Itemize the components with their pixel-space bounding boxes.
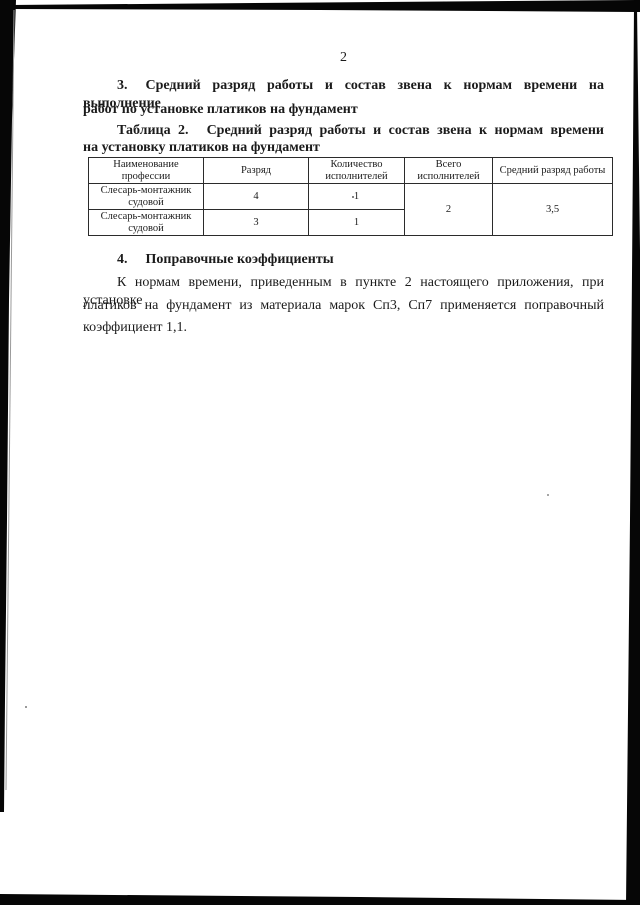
scan-border-right bbox=[626, 6, 640, 905]
header-total: Всего исполнителей bbox=[405, 158, 493, 184]
table-caption-line1: Таблица 2.Средний разряд работы и состав… bbox=[83, 122, 604, 140]
scan-speck bbox=[25, 706, 27, 708]
section3-heading-line2: работ по установке платиков на фундамент bbox=[83, 101, 604, 119]
paragraph-line3: коэффициент 1,1. bbox=[83, 319, 604, 337]
header-count: Количество исполнителей bbox=[309, 158, 405, 184]
cell-grade: 4 bbox=[204, 184, 309, 210]
scan-border-left bbox=[0, 0, 16, 812]
section4-heading: 4.Поправочные коэффициенты bbox=[83, 251, 604, 269]
header-profession: Наименование профессии bbox=[89, 158, 204, 184]
table-row: Слесарь-монтажник судовой 4 1 2 3,5 bbox=[89, 184, 613, 210]
table-caption-label: Таблица 2. bbox=[117, 123, 189, 138]
scan-border-bottom bbox=[0, 894, 640, 905]
header-grade: Разряд bbox=[204, 158, 309, 184]
cell-total-performers: 2 bbox=[405, 184, 493, 236]
cell-grade: 3 bbox=[204, 210, 309, 236]
scan-speck bbox=[547, 494, 549, 496]
cell-count: 1 bbox=[309, 184, 405, 210]
scan-border-top bbox=[10, 0, 640, 12]
page-number: 2 bbox=[83, 50, 604, 66]
norms-table: Наименование профессии Разряд Количество… bbox=[88, 157, 613, 236]
section4-title: Поправочные коэффициенты bbox=[146, 252, 334, 267]
header-profession-label: Наименование профессии bbox=[99, 159, 194, 182]
table-header-row: Наименование профессии Разряд Количество… bbox=[89, 158, 613, 184]
scan-border-left-shadow bbox=[6, 10, 14, 790]
cell-count: 1 bbox=[309, 210, 405, 236]
scan-speck bbox=[352, 196, 354, 198]
cell-average-grade: 3,5 bbox=[493, 184, 613, 236]
cell-profession: Слесарь-монтажник судовой bbox=[89, 210, 204, 236]
table-caption-line2: на установку платиков на фундамент bbox=[83, 139, 604, 157]
paragraph-line2: платиков на фундамент из материала марок… bbox=[83, 297, 604, 315]
table-caption-text: Средний разряд работы и состав звена к н… bbox=[207, 123, 604, 138]
cell-profession: Слесарь-монтажник судовой bbox=[89, 184, 204, 210]
section4-number: 4. bbox=[117, 252, 128, 267]
scanned-document-page: 2 3.Средний разряд работы и состав звена… bbox=[0, 0, 640, 905]
section3-number: 3. bbox=[117, 78, 128, 93]
header-average-grade: Средний разряд работы bbox=[493, 158, 613, 184]
